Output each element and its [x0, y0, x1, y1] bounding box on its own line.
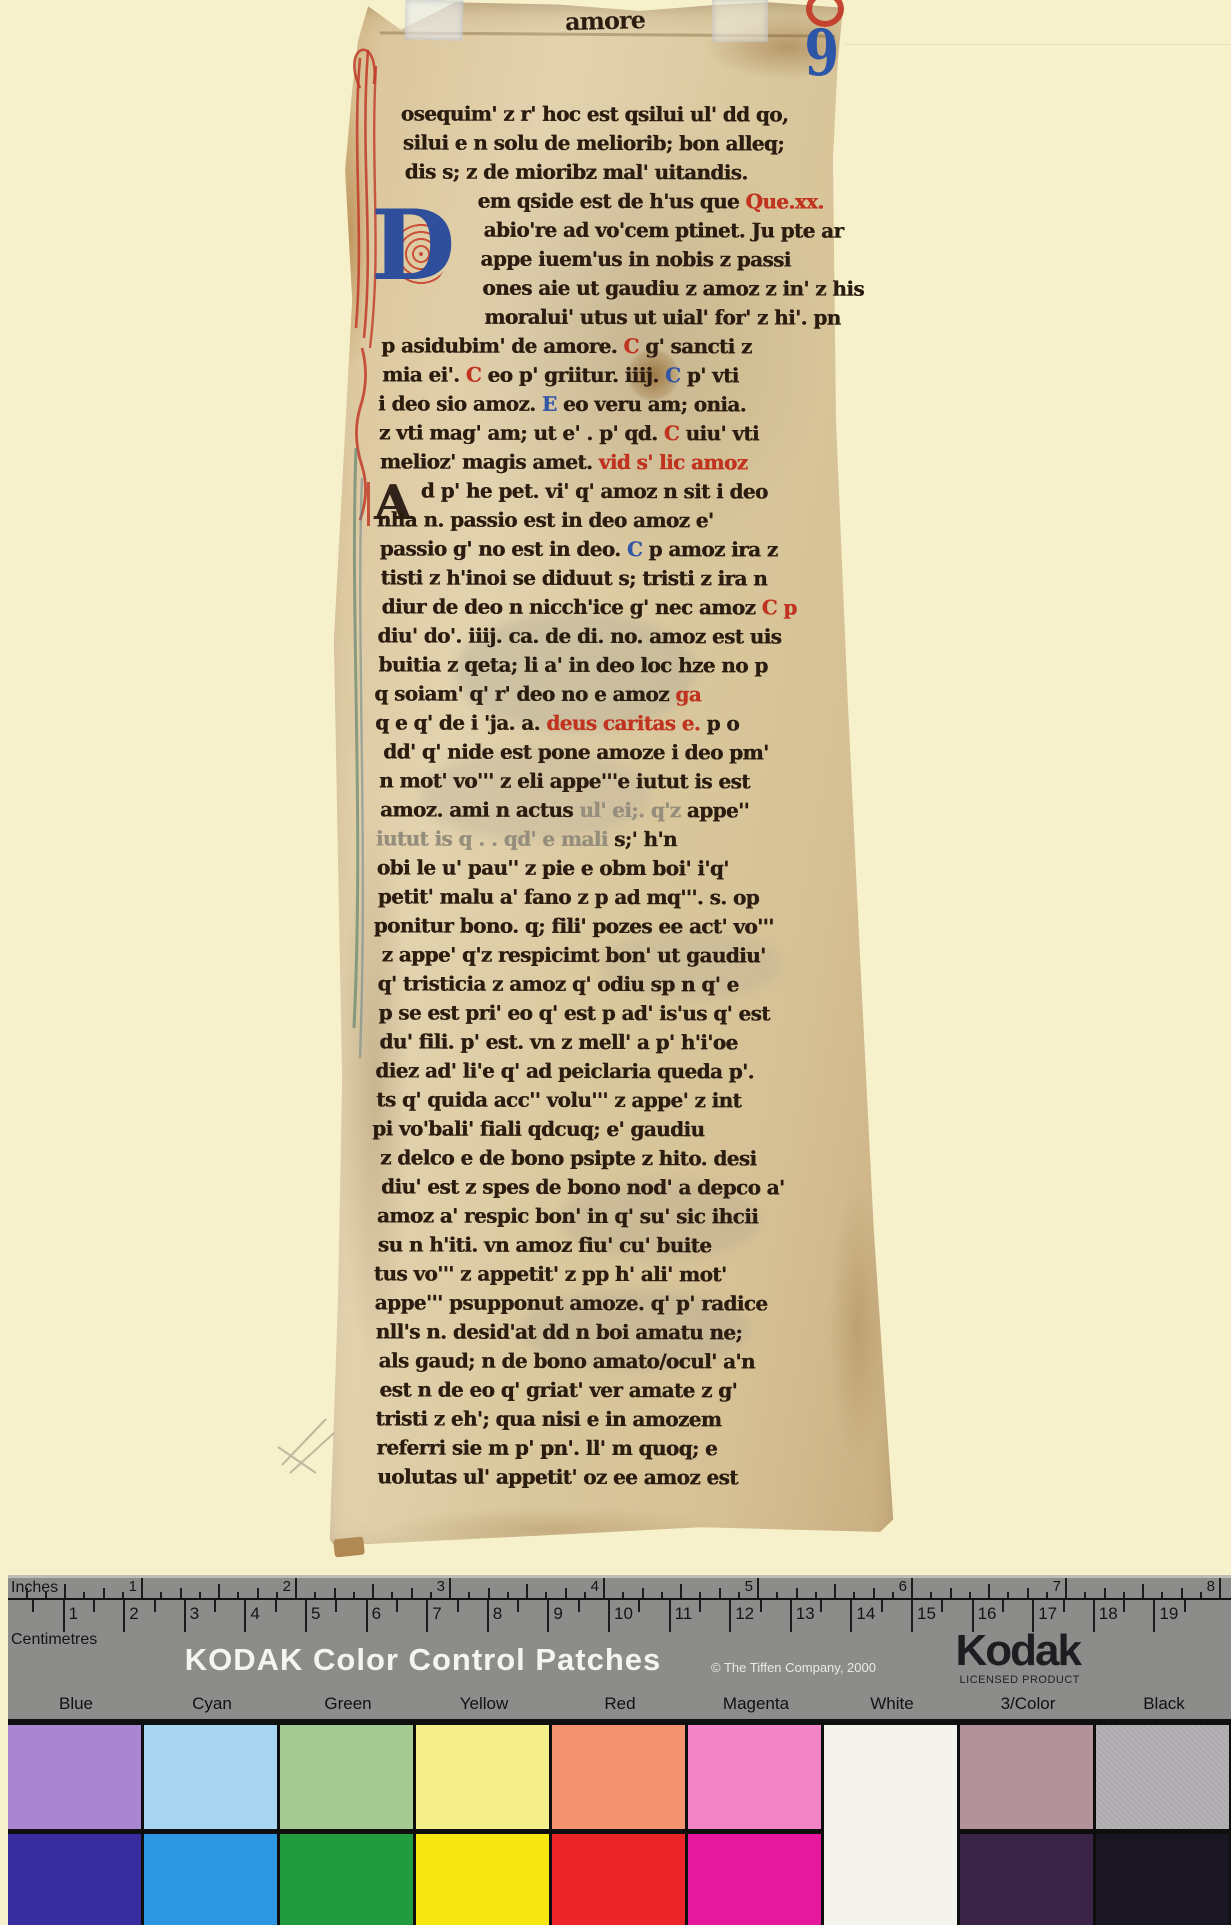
- manuscript-line: pi vo'bali' fiali qdcuq; e' gaudiu: [372, 1114, 827, 1144]
- manuscript-text-segment: eo p' griitur. iiij.: [481, 363, 665, 387]
- manuscript-text-segment: obi le u' pau'' z pie e obm boi' i'q': [377, 855, 729, 880]
- manuscript-text-segment: nll's n. desid'at dd n boi amatu ne;: [376, 1319, 743, 1344]
- manuscript-text-segment: appe''' psupponut amoze. q' p' radice: [375, 1290, 768, 1315]
- inch-tick: [526, 1584, 528, 1598]
- manuscript-line: nlla n. passio est in deo amoz e': [377, 505, 832, 535]
- manuscript-text-segment: d p' he pet. vi' q' amoz n sit i deo: [421, 479, 768, 504]
- manuscript-line: q e q' de i 'ja. a. deus caritas e. p o: [375, 708, 830, 738]
- manuscript-line: diez ad' li'e q' ad peiclaria queda p'.: [373, 1056, 828, 1086]
- manuscript-text-segment: als gaud; n de bono amato/ocul' a'n: [378, 1348, 754, 1373]
- manuscript-text-segment: Que.xx.: [745, 189, 823, 213]
- manuscript-text-segment: appe'': [680, 798, 749, 822]
- patch-swatch-top: [1096, 1725, 1229, 1829]
- inch-tick: [545, 1592, 547, 1598]
- inch-tick: [1181, 1588, 1183, 1598]
- manuscript-text-segment: pi vo'bali' fiali qdcuq; e' gaudiu: [372, 1116, 704, 1141]
- manuscript-text-segment: dd' q' nide est pone amoze i deo pm': [383, 739, 768, 764]
- manuscript-line: als gaud; n de bono amato/ocul' a'n: [372, 1346, 827, 1376]
- manuscript-text-segment: tus vo''' z appetit' z pp h' ali' mot': [374, 1261, 727, 1286]
- manuscript-text-segment: referri sie m p' pn'. ll' m quoq; e: [376, 1435, 717, 1460]
- patch-swatch-top: [416, 1725, 549, 1829]
- cm-tick: [366, 1600, 368, 1632]
- inch-tick: [988, 1584, 990, 1598]
- inch-number: 6: [883, 1578, 907, 1595]
- manuscript-line: referri sie m p' pn'. ll' m quoq; e: [373, 1433, 828, 1463]
- manuscript-line: ts q' quida acc'' volu''' z appe' z int: [375, 1085, 830, 1115]
- cm-number: 1: [69, 1604, 78, 1624]
- card-copyright: © The Tiffen Company, 2000: [711, 1660, 876, 1675]
- cm-tick: [1153, 1600, 1155, 1632]
- inch-tick: [314, 1592, 316, 1598]
- manuscript-text-segment: du' fili. p' est. vn z mell' a p' h'i'oe: [379, 1029, 737, 1054]
- manuscript-text-segment: n mot' vo''' z eli appe'''e iutut is est: [379, 768, 750, 793]
- half-cm-tick: [93, 1600, 95, 1612]
- manuscript-text-segment: p se est pri' eo q' est p ad' is'us q' e…: [378, 1000, 769, 1025]
- manuscript-line: mia ei'. C eo p' griitur. iiij. C p' vti: [377, 360, 832, 390]
- manuscript-text-segment: amoz. ami n actus: [380, 797, 579, 822]
- patch-swatch-top: [552, 1725, 685, 1829]
- half-cm-tick: [1002, 1600, 1004, 1612]
- inch-tick: [199, 1592, 201, 1598]
- manuscript-text-block: osequim' z r' hoc est qsilui ul' dd qo,s…: [373, 99, 832, 1492]
- inch-tick: [603, 1578, 605, 1598]
- cm-number: 13: [796, 1604, 815, 1624]
- inch-tick: [334, 1588, 336, 1598]
- cm-number: 7: [432, 1604, 441, 1624]
- cm-number: 9: [553, 1604, 562, 1624]
- manuscript-text-segment: est n de eo q' griat' ver amate z g': [379, 1377, 737, 1402]
- parchment-fold-tab: [333, 1536, 365, 1557]
- inch-tick: [507, 1592, 509, 1598]
- half-cm-tick: [154, 1600, 156, 1612]
- manuscript-text-segment: osequim' z r' hoc est qsilui ul' dd qo,: [401, 101, 788, 126]
- inch-tick: [969, 1592, 971, 1598]
- manuscript-line: diu' do'. iiij. ca. de di. no. amoz est …: [374, 621, 829, 651]
- inch-tick: [1027, 1588, 1029, 1598]
- manuscript-text-segment: nlla n. passio est in deo amoz e': [377, 507, 714, 532]
- manuscript-text-segment: silui e n solu de meliorib; bon alleq;: [403, 130, 784, 155]
- manuscript-text-segment: p o: [700, 711, 739, 735]
- half-cm-tick: [699, 1600, 701, 1612]
- manuscript-text-segment: petit' malu a' fano z p ad mq'''. s. op: [378, 884, 759, 909]
- manuscript-text-segment: ts q' quida acc'' volu''' z appe' z int: [376, 1087, 741, 1112]
- half-cm-tick: [820, 1600, 822, 1612]
- inch-tick: [661, 1592, 663, 1598]
- inch-tick: [622, 1592, 624, 1598]
- manuscript-text-segment: ponitur bono. q; fili' pozes ee act' vo'…: [374, 913, 774, 938]
- inch-tick: [1104, 1588, 1106, 1598]
- manuscript-line: amoz a' respic bon' in q' su' sic ihcii: [373, 1201, 828, 1231]
- half-cm-tick: [941, 1600, 943, 1612]
- manuscript-line: ponitur bono. q; fili' pozes ee act' vo'…: [374, 911, 829, 941]
- cm-tick: [184, 1600, 186, 1632]
- inch-tick: [1123, 1592, 1125, 1598]
- manuscript-text-segment: p' vti: [680, 363, 738, 387]
- cm-number: 19: [1159, 1604, 1178, 1624]
- manuscript-line: uolutas ul' appetit' oz ee amoz est: [375, 1462, 830, 1492]
- manuscript-text-segment: s;' h'n: [608, 827, 677, 851]
- photo-of-manuscript-with-color-target: amore 9 D A osequim' z r' hoc est qsilui…: [0, 0, 1231, 1925]
- cm-tick: [123, 1600, 125, 1632]
- manuscript-text-segment: su n h'iti. vn amoz fiu' cu' buite: [378, 1232, 712, 1257]
- manuscript-line: tus vo''' z appetit' z pp h' ali' mot': [372, 1259, 827, 1289]
- inch-tick: [911, 1578, 913, 1598]
- inch-tick: [757, 1578, 759, 1598]
- inch-tick: [26, 1588, 28, 1598]
- manuscript-text-segment: p amoz ira z: [642, 537, 777, 561]
- patch-swatch-bottom: [552, 1834, 685, 1925]
- inch-tick: [64, 1584, 66, 1598]
- manuscript-text-segment: uolutas ul' appetit' oz ee amoz est: [377, 1464, 738, 1489]
- cm-tick: [63, 1600, 65, 1632]
- patch-label: Black: [1096, 1694, 1231, 1714]
- manuscript-text-segment: p asidubim' de amore.: [381, 333, 623, 358]
- manuscript-line: moralui' utus ut uial' for' z hi'. pn: [378, 302, 833, 332]
- manuscript-line: em qside est de h'us que Que.xx.: [376, 186, 831, 216]
- manuscript-text-segment: C: [623, 334, 638, 358]
- patch-swatch-top: [688, 1725, 821, 1829]
- manuscript-line: silui e n solu de meliorib; bon alleq;: [377, 128, 832, 158]
- patch-label: Blue: [8, 1694, 144, 1714]
- patch-swatch-bottom: [688, 1834, 821, 1925]
- patch-label: Magenta: [688, 1694, 824, 1714]
- manuscript-text-segment: diu' do'. iiij. ca. de di. no. amoz est …: [377, 623, 781, 648]
- manuscript-line: dis s; z de mioribz mal' uitandis.: [379, 157, 834, 187]
- inch-tick: [45, 1592, 47, 1598]
- manuscript-text-segment: diu' est z spes de bono nod' a depco a': [381, 1174, 785, 1199]
- manuscript-text-segment: iutut is q . . qd' e mali: [376, 826, 608, 851]
- manuscript-line: abio're ad vo'cem ptinet. Ju pte ar: [377, 215, 832, 245]
- inch-tick: [950, 1588, 952, 1598]
- manuscript-text-segment: g' sancti z: [639, 334, 752, 358]
- pencil-hatch-marks: [276, 1413, 340, 1477]
- half-cm-tick: [396, 1600, 398, 1612]
- inch-tick: [834, 1584, 836, 1598]
- inch-tick: [1161, 1592, 1163, 1598]
- patch-swatch-top: [144, 1725, 277, 1829]
- cm-tick: [911, 1600, 913, 1632]
- cm-number: 8: [493, 1604, 502, 1624]
- manuscript-line: p se est pri' eo q' est p ad' is'us q' e…: [374, 998, 829, 1028]
- cm-tick: [972, 1600, 974, 1632]
- ruler-line: [8, 1598, 1231, 1600]
- inch-number: 1: [113, 1578, 137, 1595]
- inch-tick: [449, 1578, 451, 1598]
- manuscript-text-segment: ga: [675, 682, 701, 706]
- manuscript-line: melioz' magis amet. vid s' lic amoz: [378, 447, 833, 477]
- inch-tick: [237, 1592, 239, 1598]
- running-header: amore: [565, 5, 656, 36]
- half-cm-tick: [638, 1600, 640, 1612]
- tape-strip: [712, 0, 768, 42]
- kodak-logo: Kodak: [888, 1626, 1080, 1676]
- manuscript-text-segment: moralui' utus ut uial' for' z hi'. pn: [484, 305, 840, 330]
- manuscript-text-segment: C p: [762, 595, 797, 619]
- manuscript-line: tisti z h'inoi se diduut s; tristi z ira…: [376, 563, 831, 593]
- patch-swatch-top: [960, 1725, 1093, 1829]
- manuscript-line: tristi z eh'; qua nisi e in amozem: [371, 1404, 826, 1434]
- half-cm-tick: [214, 1600, 216, 1612]
- cm-number: 14: [856, 1604, 875, 1624]
- manuscript-text-segment: amoz a' respic bon' in q' su' sic ihcii: [377, 1203, 758, 1228]
- cm-number: 12: [735, 1604, 754, 1624]
- manuscript-text-segment: z vti mag' am; ut e' . p' qd.: [379, 420, 664, 445]
- manuscript-line: q soiam' q' r' deo no e amoz ga: [373, 679, 828, 709]
- tape-strip: [404, 0, 463, 41]
- manuscript-text-segment: q soiam' q' r' deo no e amoz: [374, 681, 675, 706]
- patch-label: 3/Color: [960, 1694, 1096, 1714]
- manuscript-line: buitia z qeta; li a' in deo loc hze no p: [376, 650, 831, 680]
- manuscript-line: obi le u' pau'' z pie e obm boi' i'q': [375, 853, 830, 883]
- cm-number: 18: [1099, 1604, 1118, 1624]
- manuscript-text-segment: mia ei'.: [382, 362, 466, 386]
- kodak-color-control-card: Inches Centimetres KODAK Color Control P…: [8, 1575, 1231, 1925]
- inch-tick: [488, 1588, 490, 1598]
- inch-tick: [642, 1588, 644, 1598]
- patch-label: Red: [552, 1694, 688, 1714]
- manuscript-text-segment: buitia z qeta; li a' in deo loc hze no p: [378, 652, 767, 677]
- inch-tick: [1142, 1584, 1144, 1598]
- manuscript-text-segment: ul' ei;. q'z: [579, 798, 680, 822]
- manuscript-text-segment: tisti z h'inoi se diduut s; tristi z ira…: [381, 565, 768, 590]
- inch-tick: [873, 1588, 875, 1598]
- card-title: KODAK Color Control Patches: [143, 1642, 703, 1678]
- inch-tick: [180, 1588, 182, 1598]
- cm-tick: [426, 1600, 428, 1632]
- centimetres-label: Centimetres: [11, 1631, 97, 1649]
- half-cm-tick: [32, 1600, 34, 1612]
- manuscript-text-segment: q' tristicia z amoz q' odiu sp n q' e: [377, 971, 738, 996]
- patch-swatch-bottom: [1096, 1834, 1229, 1925]
- inch-number: 5: [729, 1578, 753, 1595]
- manuscript-text-segment: ones aie ut gaudiu z amoz z in' z his: [482, 276, 864, 301]
- cm-tick: [1032, 1600, 1034, 1632]
- manuscript-line: nll's n. desid'at dd n boi amatu ne;: [376, 1317, 831, 1347]
- manuscript-text-segment: deus caritas e.: [546, 711, 700, 735]
- manuscript-line: petit' malu a' fano z p ad mq'''. s. op: [377, 882, 832, 912]
- inch-tick: [565, 1588, 567, 1598]
- manuscript-line: ones aie ut gaudiu z amoz z in' z his: [376, 273, 831, 303]
- inch-tick: [796, 1588, 798, 1598]
- half-cm-tick: [457, 1600, 459, 1612]
- inch-tick: [257, 1588, 259, 1598]
- cm-tick: [487, 1600, 489, 1632]
- manuscript-text-segment: eo veru am; onia.: [557, 392, 747, 416]
- manuscript-text-segment: vid s' lic amoz: [599, 450, 748, 474]
- patch-label: Green: [280, 1694, 416, 1714]
- inch-tick: [103, 1588, 105, 1598]
- manuscript-text-segment: diur de deo n nicch'ice g' nec amoz: [381, 594, 761, 619]
- cm-tick: [669, 1600, 671, 1632]
- inch-tick: [372, 1584, 374, 1598]
- quire-mark: 9: [804, 14, 835, 104]
- cm-number: 6: [372, 1604, 381, 1624]
- manuscript-text-segment: C: [466, 363, 481, 387]
- manuscript-line: p asidubim' de amore. C g' sancti z: [375, 331, 830, 361]
- inch-tick: [411, 1588, 413, 1598]
- half-cm-tick: [578, 1600, 580, 1612]
- cm-number: 3: [190, 1604, 199, 1624]
- cm-number: 11: [675, 1604, 693, 1624]
- inch-tick: [1007, 1592, 1009, 1598]
- cm-number: 10: [614, 1604, 633, 1624]
- inch-tick: [930, 1592, 932, 1598]
- inch-number: 2: [267, 1578, 291, 1595]
- manuscript-text-segment: tristi z eh'; qua nisi e in amozem: [375, 1406, 721, 1431]
- half-cm-tick: [1123, 1600, 1125, 1612]
- manuscript-text-segment: em qside est de h'us que: [478, 189, 746, 214]
- inch-tick: [391, 1592, 393, 1598]
- cm-number: 5: [311, 1604, 320, 1624]
- cm-number: 4: [250, 1604, 259, 1624]
- inch-tick: [218, 1584, 220, 1598]
- manuscript-line: iutut is q . . qd' e mali s;' h'n: [373, 824, 828, 854]
- half-cm-tick: [517, 1600, 519, 1612]
- manuscript-line: z vti mag' am; ut e' . p' qd. C uiu' vti: [376, 418, 831, 448]
- inch-tick: [353, 1592, 355, 1598]
- patch-swatch-bottom: [280, 1834, 413, 1925]
- manuscript-text-segment: appe iuem'us in nobis z passi: [480, 247, 790, 272]
- manuscript-line: i deo sio amoz. E eo veru am; onia.: [374, 389, 829, 419]
- inch-number: 4: [575, 1578, 599, 1595]
- manuscript-line: amoz. ami n actus ul' ei;. q'z appe'': [376, 795, 831, 825]
- manuscript-line: du' fili. p' est. vn z mell' a p' h'i'oe: [376, 1027, 831, 1057]
- manuscript-line: d p' he pet. vi' q' amoz n sit i deo: [375, 476, 830, 506]
- cm-tick: [1093, 1600, 1095, 1632]
- inch-tick: [160, 1592, 162, 1598]
- half-cm-tick: [275, 1600, 277, 1612]
- inches-label: Inches: [11, 1579, 58, 1597]
- inch-tick: [83, 1592, 85, 1598]
- mat-seam-line: [845, 44, 1231, 45]
- patch-swatch-white: [824, 1725, 957, 1925]
- cm-tick: [547, 1600, 549, 1632]
- cm-tick: [244, 1600, 246, 1632]
- cm-tick: [305, 1600, 307, 1632]
- manuscript-line: diu' est z spes de bono nod' a depco a': [376, 1172, 831, 1202]
- cm-tick: [608, 1600, 610, 1632]
- patch-label: White: [824, 1694, 960, 1714]
- patch-band: [8, 1725, 1231, 1925]
- inch-number: 3: [421, 1578, 445, 1595]
- inch-number: 7: [1037, 1578, 1061, 1595]
- inch-tick: [1219, 1578, 1221, 1598]
- inch-tick: [815, 1592, 817, 1598]
- manuscript-text-segment: melioz' magis amet.: [380, 449, 599, 474]
- manuscript-line: su n h'iti. vn amoz fiu' cu' buite: [375, 1230, 830, 1260]
- inch-tick: [680, 1584, 682, 1598]
- cm-tick: [729, 1600, 731, 1632]
- manuscript-line: appe''' psupponut amoze. q' p' radice: [374, 1288, 829, 1318]
- patch-label: Yellow: [416, 1694, 552, 1714]
- manuscript-line: appe iuem'us in nobis z passi: [374, 244, 829, 274]
- inch-tick: [1065, 1578, 1067, 1598]
- manuscript-line: z appe' q'z respicimt bon' ut gaudiu': [376, 940, 831, 970]
- manuscript-text-segment: q e q' de i 'ja. a.: [375, 710, 546, 734]
- half-cm-tick: [760, 1600, 762, 1612]
- manuscript-line: n mot' vo''' z eli appe'''e iutut is est: [374, 766, 829, 796]
- patch-label: Cyan: [144, 1694, 280, 1714]
- patch-swatch-bottom: [416, 1834, 549, 1925]
- inch-tick: [1084, 1592, 1086, 1598]
- half-cm-tick: [881, 1600, 883, 1612]
- manuscript-text-segment: z appe' q'z respicimt bon' ut gaudiu': [382, 942, 766, 967]
- inch-number: 8: [1191, 1578, 1215, 1595]
- manuscript-line: passio g' no est in deo. C p amoz ira z: [374, 534, 829, 564]
- cm-tick: [850, 1600, 852, 1632]
- manuscript-text-segment: E: [542, 392, 557, 416]
- manuscript-text-segment: abio're ad vo'cem ptinet. Ju pte ar: [483, 218, 843, 243]
- patch-swatch-bottom: [144, 1834, 277, 1925]
- initial-red-bar: [367, 482, 370, 526]
- half-cm-tick: [1184, 1600, 1186, 1612]
- manuscript-text-segment: C: [664, 421, 679, 445]
- cm-number: 15: [917, 1604, 936, 1624]
- cm-number: 16: [978, 1604, 997, 1624]
- inch-tick: [719, 1588, 721, 1598]
- manuscript-text-segment: diez ad' li'e q' ad peiclaria queda p'.: [375, 1058, 754, 1083]
- inch-tick: [295, 1578, 297, 1598]
- patch-swatch-bottom: [8, 1834, 141, 1925]
- cm-number: 2: [129, 1604, 138, 1624]
- manuscript-text-segment: z delco e de bono psipte z hito. desi: [380, 1145, 756, 1170]
- manuscript-line: q' tristicia z amoz q' odiu sp n q' e: [372, 969, 827, 999]
- cm-tick: [790, 1600, 792, 1632]
- inch-tick: [776, 1592, 778, 1598]
- patch-swatch-top: [280, 1725, 413, 1829]
- inch-tick: [141, 1578, 143, 1598]
- inch-tick: [853, 1592, 855, 1598]
- manuscript-line: osequim' z r' hoc est qsilui ul' dd qo,: [375, 99, 830, 129]
- manuscript-line: dd' q' nide est pone amoze i deo pm': [377, 737, 832, 767]
- manuscript-text-segment: dis s; z de mioribz mal' uitandis.: [405, 159, 748, 184]
- manuscript-line: z delco e de bono psipte z hito. desi: [374, 1143, 829, 1173]
- manuscript-line: diur de deo n nicch'ice g' nec amoz C p: [377, 592, 832, 622]
- half-cm-tick: [1063, 1600, 1065, 1612]
- manuscript-text-segment: C: [627, 537, 642, 561]
- manuscript-text-segment: C: [665, 363, 680, 387]
- kodak-licensed-product: LICENSED PRODUCT: [888, 1674, 1080, 1686]
- cm-number: 17: [1038, 1604, 1057, 1624]
- manuscript-text-segment: i deo sio amoz.: [378, 391, 542, 415]
- patch-swatch-top: [8, 1725, 141, 1829]
- manuscript-text-segment: passio g' no est in deo.: [380, 536, 627, 561]
- manuscript-line: est n de eo q' griat' ver amate z g': [374, 1375, 829, 1405]
- half-cm-tick: [335, 1600, 337, 1612]
- inch-tick: [468, 1592, 470, 1598]
- inch-tick: [699, 1592, 701, 1598]
- patch-swatch-bottom: [960, 1834, 1093, 1925]
- manuscript-text-segment: uiu' vti: [679, 421, 759, 445]
